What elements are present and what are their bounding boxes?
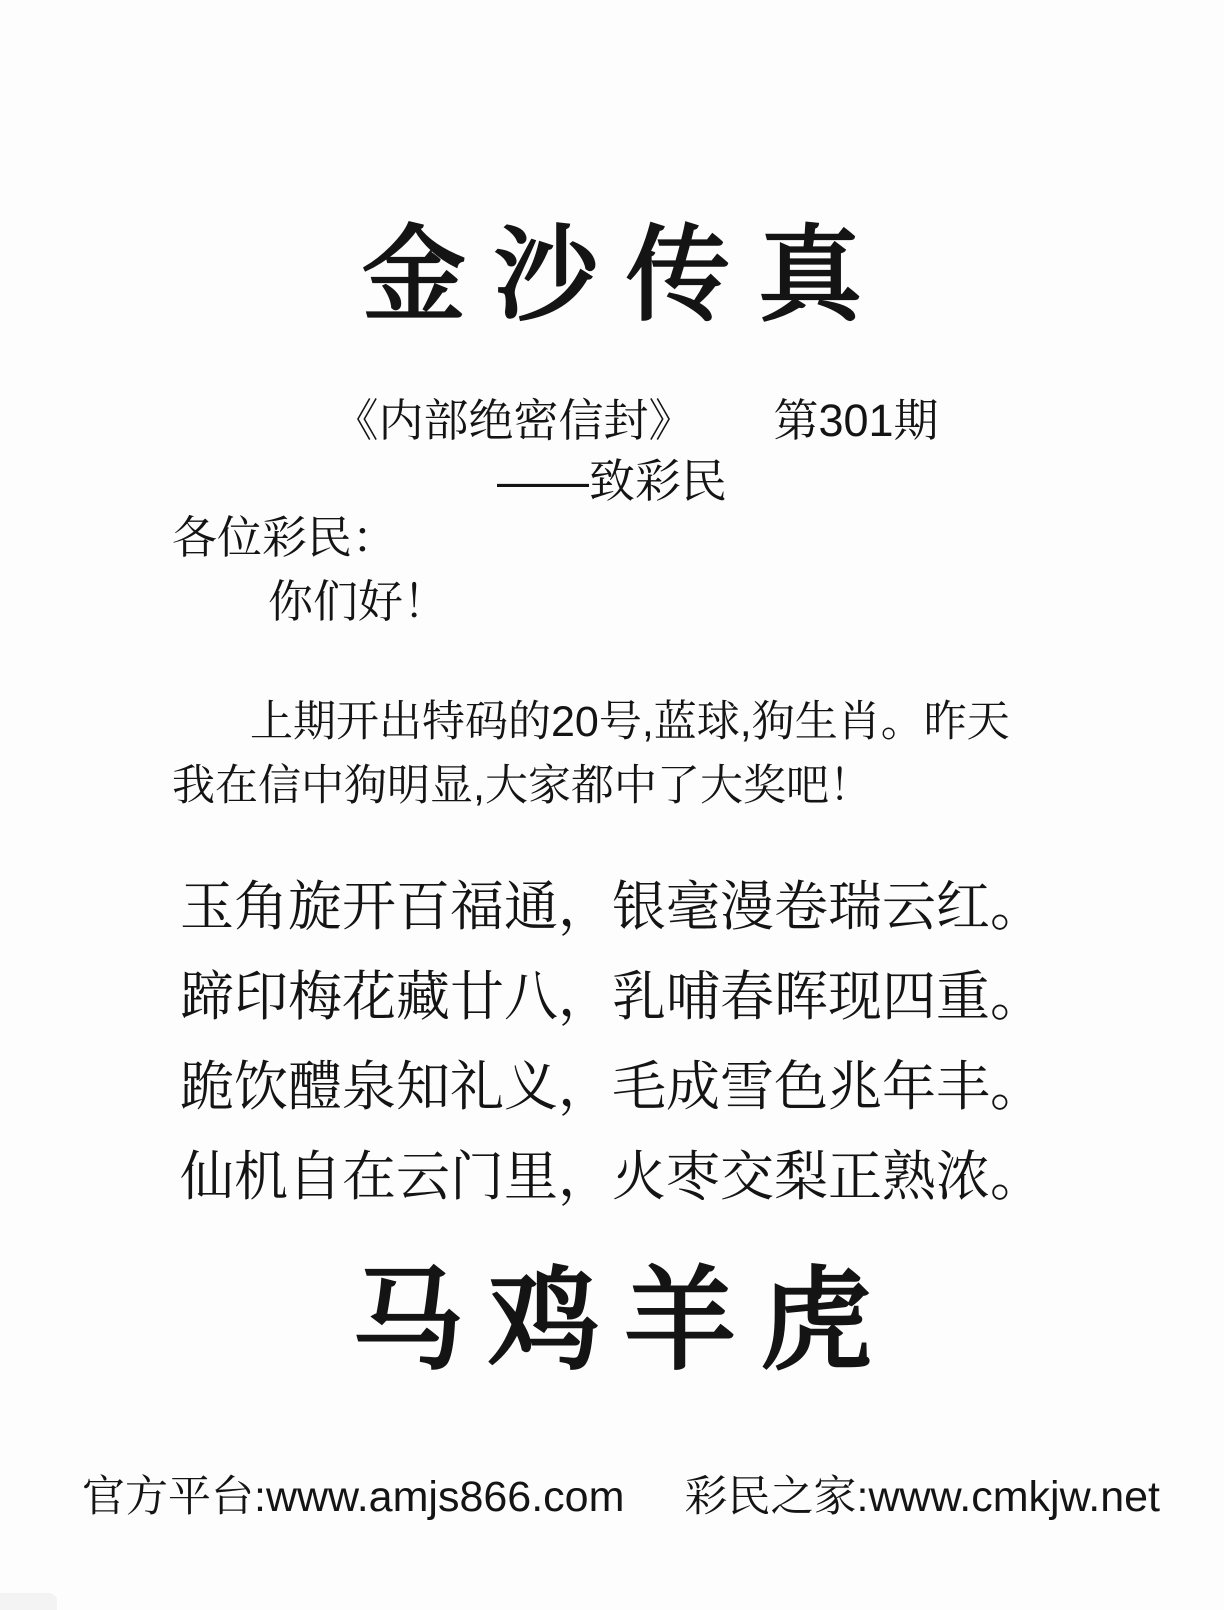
official-platform-url: www.amjs866.com: [266, 1472, 624, 1524]
issue-number: 第301期: [773, 396, 938, 446]
bottom-left-smudge: [0, 1593, 57, 1610]
series-name: 《内部绝密信封》: [333, 396, 693, 446]
official-platform: 官方平台: www.amjs866.com: [82, 1472, 624, 1524]
intro-paragraph: 上期开出特码的20号,蓝球,狗生肖。昨天 我在信中狗明显,大家都中了大奖吧！: [172, 690, 1164, 818]
poem-line-4: 仙机自在云门里，火枣交梨正熟浓。: [180, 1132, 1164, 1222]
official-platform-label: 官方平台:: [82, 1472, 266, 1524]
issue-row: 《内部绝密信封》 第301期: [0, 396, 1224, 446]
lottery-home-label: 彩民之家:: [685, 1472, 869, 1524]
footer: 官方平台: www.amjs866.com 彩民之家: www.cmkjw.ne…: [82, 1472, 1160, 1524]
salutation: 各位彩民：: [172, 512, 397, 564]
poem-line-2: 蹄印梅花藏廿八，乳哺春晖现四重。: [180, 952, 1164, 1042]
lottery-home-url: www.cmkjw.net: [868, 1472, 1160, 1524]
document-title: 金沙传真: [0, 222, 1224, 331]
poem-line-1: 玉角旋开百福通，银毫漫卷瑞云红。: [180, 862, 1164, 952]
intro-line: 我在信中狗明显,大家都中了大奖吧！: [172, 754, 1164, 818]
dedication-line: ——致彩民: [0, 456, 1224, 507]
zodiac-prediction: 马鸡羊虎: [0, 1262, 1224, 1380]
hint-poem: 玉角旋开百福通，银毫漫卷瑞云红。 蹄印梅花藏廿八，乳哺春晖现四重。 跪饮醴泉知礼…: [180, 862, 1164, 1222]
intro-line: 上期开出特码的20号,蓝球,狗生肖。昨天: [172, 690, 1164, 754]
fax-flyer-page: 金沙传真 《内部绝密信封》 第301期 ——致彩民 各位彩民： 你们好！ 上期开…: [0, 0, 1224, 1610]
greeting: 你们好！: [268, 576, 448, 628]
lottery-home: 彩民之家: www.cmkjw.net: [685, 1472, 1160, 1524]
poem-line-3: 跪饮醴泉知礼义，毛成雪色兆年丰。: [180, 1042, 1164, 1132]
